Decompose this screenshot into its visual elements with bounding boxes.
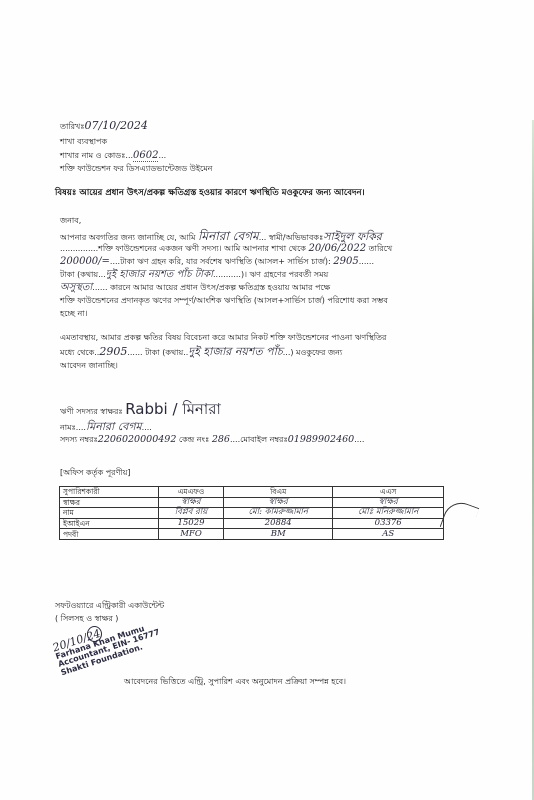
body-text: ...... bbox=[359, 257, 374, 266]
accountant-seal-note: ( সিলসহ ও স্বাক্ষর ) bbox=[55, 613, 118, 626]
table-cell: বিপ্লব রায় bbox=[159, 508, 224, 519]
member-number-line: সদস্য নম্বরঃ2206020000492 কেন্দ্র নংঃ 28… bbox=[60, 434, 364, 447]
waive-amount-handwritten: 2905 bbox=[99, 345, 127, 358]
table-row: নামবিপ্লব রায়মো: কামরুজ্জামানমোঃ মনিরুজ… bbox=[60, 508, 444, 519]
footer-note: আবেদনের ভিত্তিতে এন্ট্রি, সুপারিশ এবং অন… bbox=[124, 676, 346, 689]
row-label: ইআইএন bbox=[60, 518, 159, 529]
office-section-label: [অফিস কর্তৃক পূরণীয়] bbox=[60, 467, 131, 480]
table-cell: মোঃ মনিরুজ্জামান bbox=[333, 508, 444, 519]
table-row: ইআইএন150292088403376 bbox=[60, 518, 444, 529]
guardian-name-handwritten: সাইদুল ফকির bbox=[323, 230, 382, 243]
center-label: কেন্দ্র নংঃ bbox=[179, 435, 209, 444]
body-line-2: ...............শক্তি ফাউন্ডেশনের একজন ঋণ… bbox=[60, 243, 392, 256]
table-cell: এএস bbox=[333, 487, 444, 498]
body-text: ...... টাকা (কথায়.. bbox=[127, 348, 188, 357]
member-name-handwritten: মিনারা বেগম bbox=[198, 229, 259, 243]
office-recommendation-table: সুপারিশকারীএমএফওবিএমএএসস্বাক্ষরস্বাক্ষরস… bbox=[59, 486, 444, 540]
table-cell: এমএফও bbox=[159, 487, 224, 498]
body-line-3: 200000/=....টাকা ঋণ গ্রহন করি, যার সর্বশ… bbox=[60, 256, 374, 269]
table-cell: 15029 bbox=[159, 518, 224, 529]
table-cell: AS bbox=[333, 529, 444, 540]
member-name-handwritten-2: মিনারা বেগম bbox=[86, 420, 142, 433]
body-text: ...... কারনে আমার আয়ের প্রধান উৎস/প্রকল… bbox=[92, 283, 330, 292]
accountant-title: সফটওয়্যারে এন্ট্রিকারী একাউন্টেন্ট bbox=[55, 600, 164, 613]
body-line-5: অসুস্থতা...... কারনে আমার আয়ের প্রধান উ… bbox=[60, 282, 330, 295]
table-cell: মো: কামরুজ্জামান bbox=[224, 508, 333, 519]
body-line-4: টাকা (কথায়...দুই হাজার নয়শত পাঁচ টাকা.… bbox=[60, 269, 328, 282]
date-line: তারিখঃ07/10/2024 bbox=[60, 114, 148, 134]
loan-date-handwritten: 20/06/2022 bbox=[308, 243, 366, 254]
name-label: নামঃ.... bbox=[60, 423, 86, 432]
organization-name: শক্তি ফাউন্ডেশন ফর ডিসএ্যাডভান্টেজড উইমে… bbox=[60, 163, 212, 176]
date-value: 07/10/2024 bbox=[85, 119, 148, 132]
body-text: ... স্বামী/অভিভাবকঃ bbox=[259, 233, 324, 242]
body-text: ...) মওকুফের জন্য bbox=[283, 348, 342, 357]
body-text: মধ্যে থেকে.. bbox=[60, 348, 99, 357]
waive-words-handwritten: দুই হাজার নয়শত পাঁচ bbox=[188, 345, 282, 358]
row-label: নাম bbox=[60, 508, 159, 519]
center-number: 286 bbox=[212, 434, 230, 445]
body-text: ...............শক্তি ফাউন্ডেশনের একজন ঋণ… bbox=[60, 244, 306, 253]
salutation: জনাব, bbox=[60, 215, 81, 228]
body-text: ....টাকা ঋণ গ্রহন করি, যার সর্বশেষ ঋণস্থ… bbox=[110, 257, 331, 266]
loan-amount-handwritten: 200000/= bbox=[60, 256, 110, 267]
number-label: সদস্য নম্বরঃ bbox=[60, 435, 98, 444]
table-cell: MFO bbox=[159, 529, 224, 540]
body-text: আপনার অবগতির জন্য জানাচ্ছি যে, আমি bbox=[60, 233, 195, 242]
branch-label: শাখার নাম ও কোডঃ... bbox=[60, 151, 133, 160]
row-label: পদবী bbox=[60, 529, 159, 540]
mobile-number: 01989902460 bbox=[288, 434, 355, 445]
table-row: সুপারিশকারীএমএফওবিএমএএস bbox=[60, 487, 444, 498]
dots: .... bbox=[354, 435, 364, 444]
branch-line: শাখার নাম ও কোডঃ...0602... bbox=[60, 150, 166, 163]
body-text: ...........)। ঋণ গ্রহণের পরবর্তী সময় bbox=[213, 270, 328, 279]
subject-line: বিষয়ঃ আয়ের প্রধান উৎস/প্রকল্প ক্ষতিগ্র… bbox=[55, 186, 365, 200]
balance-handwritten: 2905 bbox=[333, 256, 358, 267]
balance-words-handwritten: দুই হাজার নয়শত পাঁচ টাকা bbox=[106, 269, 213, 280]
body2-line-2: মধ্যে থেকে..2905...... টাকা (কথায়..দুই … bbox=[60, 346, 342, 360]
branch-code: 0602 bbox=[133, 150, 158, 162]
body2-line-3: আবেদন জানাচ্ছি। bbox=[60, 360, 118, 373]
table-cell: 03376 bbox=[333, 518, 444, 529]
table-cell: 20884 bbox=[224, 518, 333, 529]
table-cell: BM bbox=[224, 529, 333, 540]
mobile-label: ....মোবাইল নম্বরঃ bbox=[230, 435, 288, 444]
date-label: তারিখঃ bbox=[60, 122, 85, 131]
reason-handwritten: অসুস্থতা bbox=[60, 282, 92, 293]
body-text: তারিখে bbox=[369, 244, 392, 253]
table-cell: বিএম bbox=[224, 487, 333, 498]
body2-line-1: এমতাবস্থায়, আমার প্রকল্প ক্ষতির বিষয় ব… bbox=[60, 332, 386, 345]
table-row: পদবীMFOBMAS bbox=[60, 529, 444, 540]
signature-label: ঋণী সদস্যর স্বাক্ষরঃ bbox=[60, 407, 123, 416]
body-line-7: হচ্ছে না। bbox=[60, 308, 88, 321]
body-line-6: শক্তি ফাউন্ডেশনের প্রদানকৃত ঋণের সম্পূর্… bbox=[60, 295, 388, 308]
row-label: স্বাক্ষর bbox=[60, 497, 159, 508]
table-cell: স্বাক্ষর bbox=[224, 497, 333, 508]
member-signature: Rabbi / মিনারা bbox=[125, 400, 221, 418]
body-text: টাকা (কথায়... bbox=[60, 270, 106, 279]
member-number: 2206020000492 bbox=[98, 434, 177, 445]
row-label: সুপারিশকারী bbox=[60, 487, 159, 498]
recipient-title: শাখা ব্যবস্থাপক bbox=[60, 136, 107, 149]
